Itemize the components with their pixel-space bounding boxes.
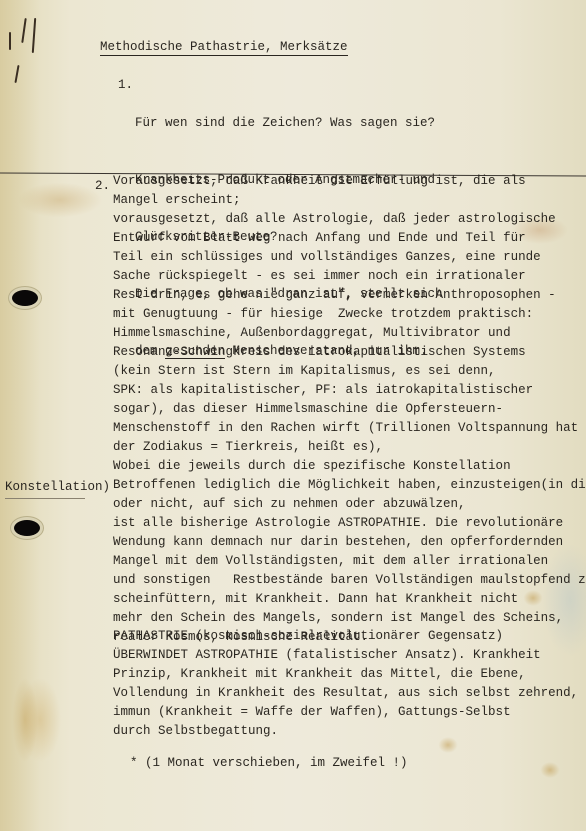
text-line: immun (Krankheit = Waffe der Waffen), Ga…	[113, 703, 578, 722]
text-line: (kein Stern ist Stern im Kapitalismus, e…	[113, 362, 586, 381]
text-line: ÜBERWINDET ASTROPATHIE (fatalistischer A…	[113, 646, 578, 665]
text-line: Vorausgesetzt, daß Krankheit die Erfüllu…	[113, 172, 586, 191]
margin-note: Konstellation)	[5, 480, 110, 494]
section-2-text: Vorausgesetzt, daß Krankheit die Erfüllu…	[113, 172, 586, 647]
text-line: Vollendung in Krankheit des Resultat, au…	[113, 684, 578, 703]
section-3-text: PATHASTRIE (kosmisch-sozialrevolutionäre…	[113, 627, 578, 741]
text-line: der Zodiakus = Tierkreis, heißt es),	[113, 438, 586, 457]
text-line: Menschenstoff in den Rachen wirft (Trill…	[113, 419, 586, 438]
text-line: Prinzip, Krankheit mit Krankheit das Mit…	[113, 665, 578, 684]
text-line: ist alle bisherige Astrologie ASTROPATHI…	[113, 514, 586, 533]
punch-hole	[12, 290, 38, 306]
text-line: Wendung kann demnach nur darin bestehen,…	[113, 533, 586, 552]
text-line: Wobei die jeweils durch die spezifische …	[113, 457, 586, 476]
text-line: Rest drin, es gehe nie ganz auf, vermerk…	[113, 286, 586, 305]
text-line: Mangel mit dem Vollständigsten, mit dem …	[113, 552, 586, 571]
text-line: Sache rückspiegelt - es sei immer noch e…	[113, 267, 586, 286]
paper-fold-shadow	[0, 0, 40, 831]
margin-note-underline	[5, 498, 85, 499]
staple-mark	[9, 32, 11, 50]
text-line: Himmelsmaschine, Außenbordaggregat, Mult…	[113, 324, 586, 343]
text-line: Resonanz-Schwingkreis des iatrokapitalis…	[113, 343, 586, 362]
punch-hole	[14, 520, 40, 536]
text-line: sogar), das dieser Himmelsmaschine die O…	[113, 400, 586, 419]
footnote: * (1 Monat verschieben, im Zweifel !)	[130, 754, 408, 773]
text-line: PATHASTRIE (kosmisch-sozialrevolutionäre…	[113, 627, 578, 646]
text-line: durch Selbstbegattung.	[113, 722, 578, 741]
text-line: SPK: als kapitalistischer, PF: als iatro…	[113, 381, 586, 400]
text-line: Teil ein schlüssiges und vollständiges G…	[113, 248, 586, 267]
text-line: Betroffenen lediglich die Möglichkeit ha…	[113, 476, 586, 495]
section-1-line: Für wen sind die Zeichen? Was sagen sie?	[135, 114, 443, 133]
text-line: Entwurf vom Blatt weg nach Anfang und En…	[113, 229, 586, 248]
text-line: scheinfüttern, mit Krankheit. Dann hat K…	[113, 590, 586, 609]
document-title: Methodische Pathastrie, Merksätze	[100, 40, 348, 56]
text-line: und sonstigen Restbestände baren Vollstä…	[113, 571, 586, 590]
text-line: Mangel erscheint;	[113, 191, 586, 210]
text-line: oder nicht, auf sich zu nehmen oder abzu…	[113, 495, 586, 514]
text-line: vorausgesetzt, daß alle Astrologie, daß …	[113, 210, 586, 229]
section-2-number: 2.	[95, 179, 110, 193]
section-1-number: 1.	[118, 78, 133, 92]
text-line: mit Genugtuung - für hiesige Zwecke trot…	[113, 305, 586, 324]
text-line: mehr den Schein des Mangels, sondern ist…	[113, 609, 586, 628]
